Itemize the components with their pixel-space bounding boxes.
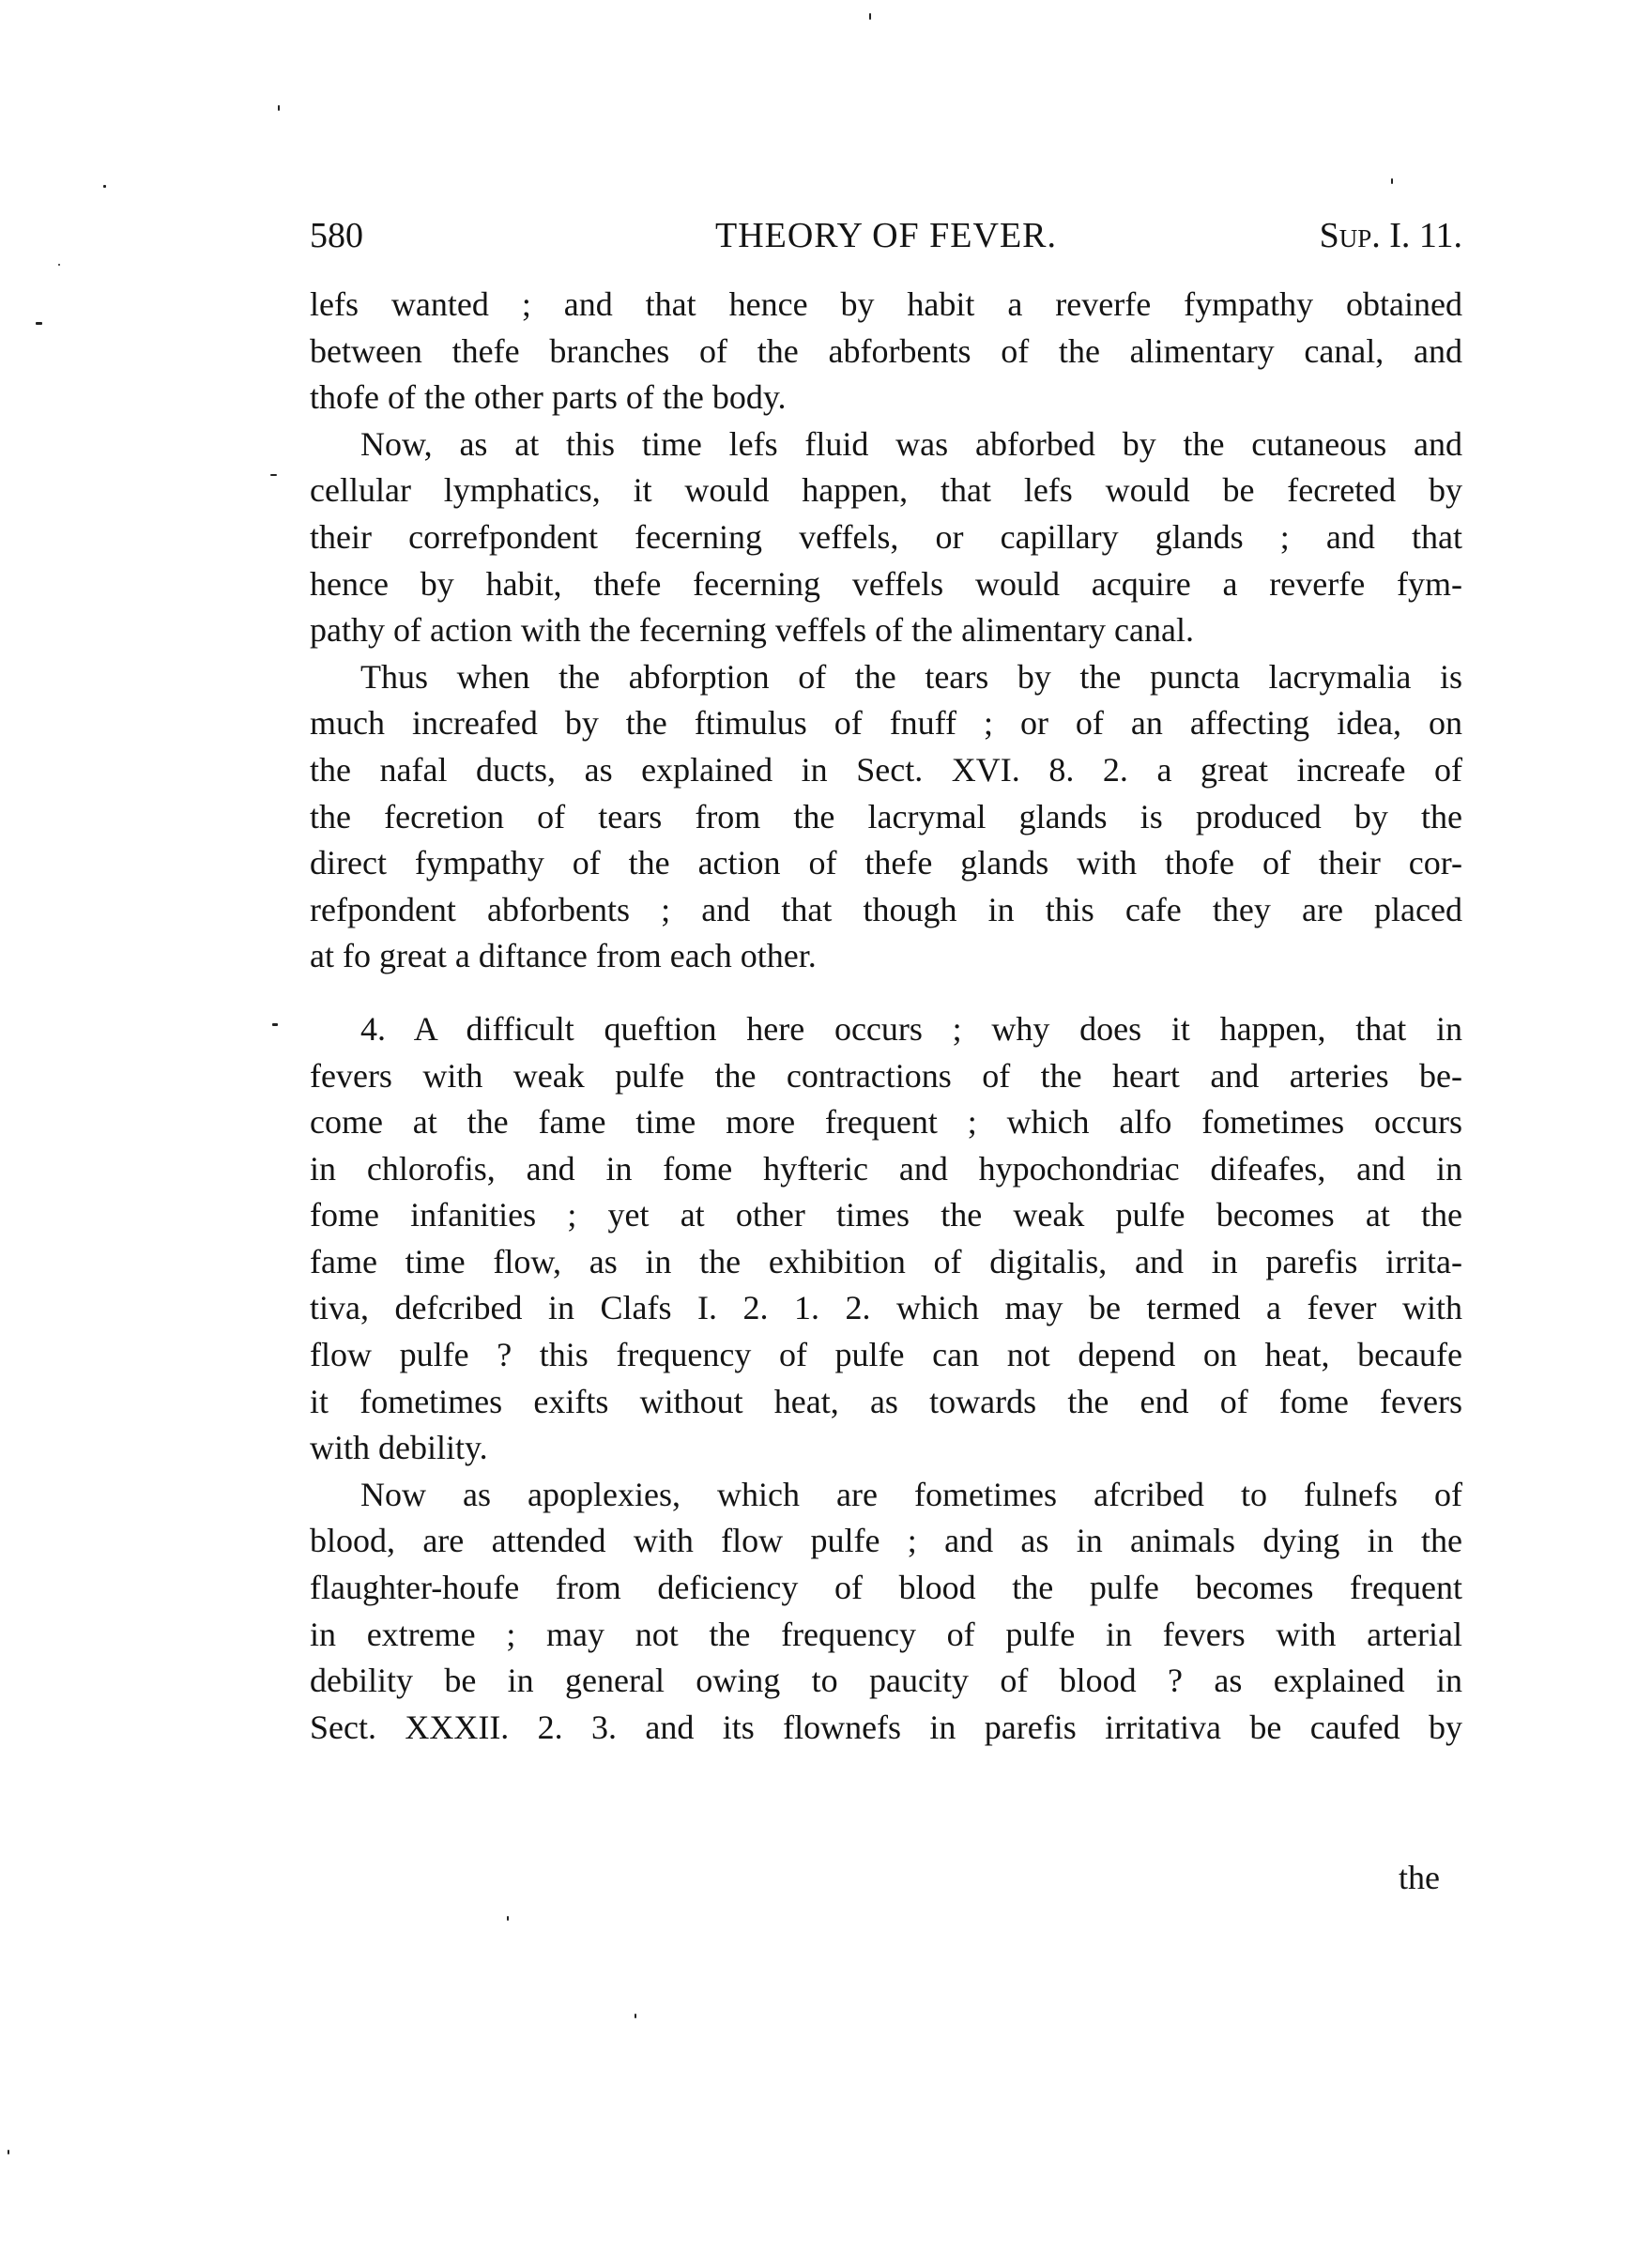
text-line: cellular lymphatics, it would happen, th… [310, 467, 1462, 514]
paragraph: lefs wanted ; and that hence by habit a … [310, 282, 1462, 421]
text-line: at fo great a diftance from each other. [310, 933, 1462, 980]
text-line: the fecretion of tears from the lacrymal… [310, 794, 1462, 841]
text-line: Sect. XXXII. 2. 3. and its flownefs in p… [310, 1705, 1462, 1752]
text-line: in extreme ; may not the frequency of pu… [310, 1612, 1462, 1659]
paragraph: Thus when the abforption of the tears by… [310, 654, 1462, 980]
body-text: lefs wanted ; and that hence by habit a … [310, 282, 1462, 1751]
text-line: much increafed by the ftimulus of fnuff … [310, 700, 1462, 747]
page-title: THEORY OF FEVER. [310, 212, 1462, 259]
text-line: Now, as at this time lefs fluid was abfo… [310, 421, 1462, 468]
paragraph: Now as apoplexies, which are fometimes a… [310, 1472, 1462, 1752]
text-line: 4. A difficult queftion here occurs ; wh… [310, 1006, 1462, 1053]
scan-speck [58, 264, 60, 266]
text-line: fevers with weak pulfe the contractions … [310, 1053, 1462, 1100]
text-line: Now as apoplexies, which are fometimes a… [310, 1472, 1462, 1519]
text-line: flaughter-houfe from deficiency of blood… [310, 1565, 1462, 1612]
scan-speck [272, 1023, 278, 1026]
text-line: come at the fame time more frequent ; wh… [310, 1099, 1462, 1146]
running-head: 580 THEORY OF FEVER. Sup. I. 11. [310, 212, 1462, 259]
scan-speck [1391, 178, 1393, 184]
scan-speck [36, 322, 42, 325]
text-line: pathy of action with the fecerning veffe… [310, 607, 1462, 654]
section-reference: Sup. I. 11. [1320, 212, 1462, 259]
book-page: 580 THEORY OF FEVER. Sup. I. 11. lefs wa… [0, 0, 1652, 2253]
scan-speck [270, 474, 277, 476]
text-line: debility be in general owing to paucity … [310, 1658, 1462, 1705]
section-gap [310, 980, 1462, 1006]
text-line: the nafal ducts, as explained in Sect. X… [310, 747, 1462, 794]
text-line: it fometimes exifts without heat, as tow… [310, 1379, 1462, 1426]
text-line: fame time flow, as in the exhibition of … [310, 1239, 1462, 1286]
scan-speck [635, 2014, 636, 2018]
text-line: their correfpondent fecerning veffels, o… [310, 514, 1462, 561]
scan-speck [507, 1916, 509, 1921]
text-line: refpondent abforbents ; and that though … [310, 887, 1462, 934]
text-line: blood, are attended with flow pulfe ; an… [310, 1518, 1462, 1565]
text-line: lefs wanted ; and that hence by habit a … [310, 282, 1462, 329]
paragraph: 4. A difficult queftion here occurs ; wh… [310, 1006, 1462, 1472]
text-line: with debility. [310, 1425, 1462, 1472]
text-line: flow pulfe ? this frequency of pulfe can… [310, 1332, 1462, 1379]
text-line: between thefe branches of the abforbents… [310, 329, 1462, 375]
text-line: thofe of the other parts of the body. [310, 375, 1462, 421]
text-line: tiva, defcribed in Clafs I. 2. 1. 2. whi… [310, 1285, 1462, 1332]
text-line: hence by habit, thefe fecerning veffels … [310, 561, 1462, 608]
scan-speck [278, 105, 280, 111]
catchword: the [1399, 1854, 1440, 1901]
scan-speck [8, 2150, 9, 2154]
paragraph: Now, as at this time lefs fluid was abfo… [310, 421, 1462, 654]
text-line: fome infanities ; yet at other times the… [310, 1192, 1462, 1239]
scan-speck [103, 185, 106, 188]
scan-speck [869, 13, 871, 20]
text-line: direct fympathy of the action of thefe g… [310, 840, 1462, 887]
text-line: in chlorofis, and in fome hyfteric and h… [310, 1146, 1462, 1193]
text-line: Thus when the abforption of the tears by… [310, 654, 1462, 701]
